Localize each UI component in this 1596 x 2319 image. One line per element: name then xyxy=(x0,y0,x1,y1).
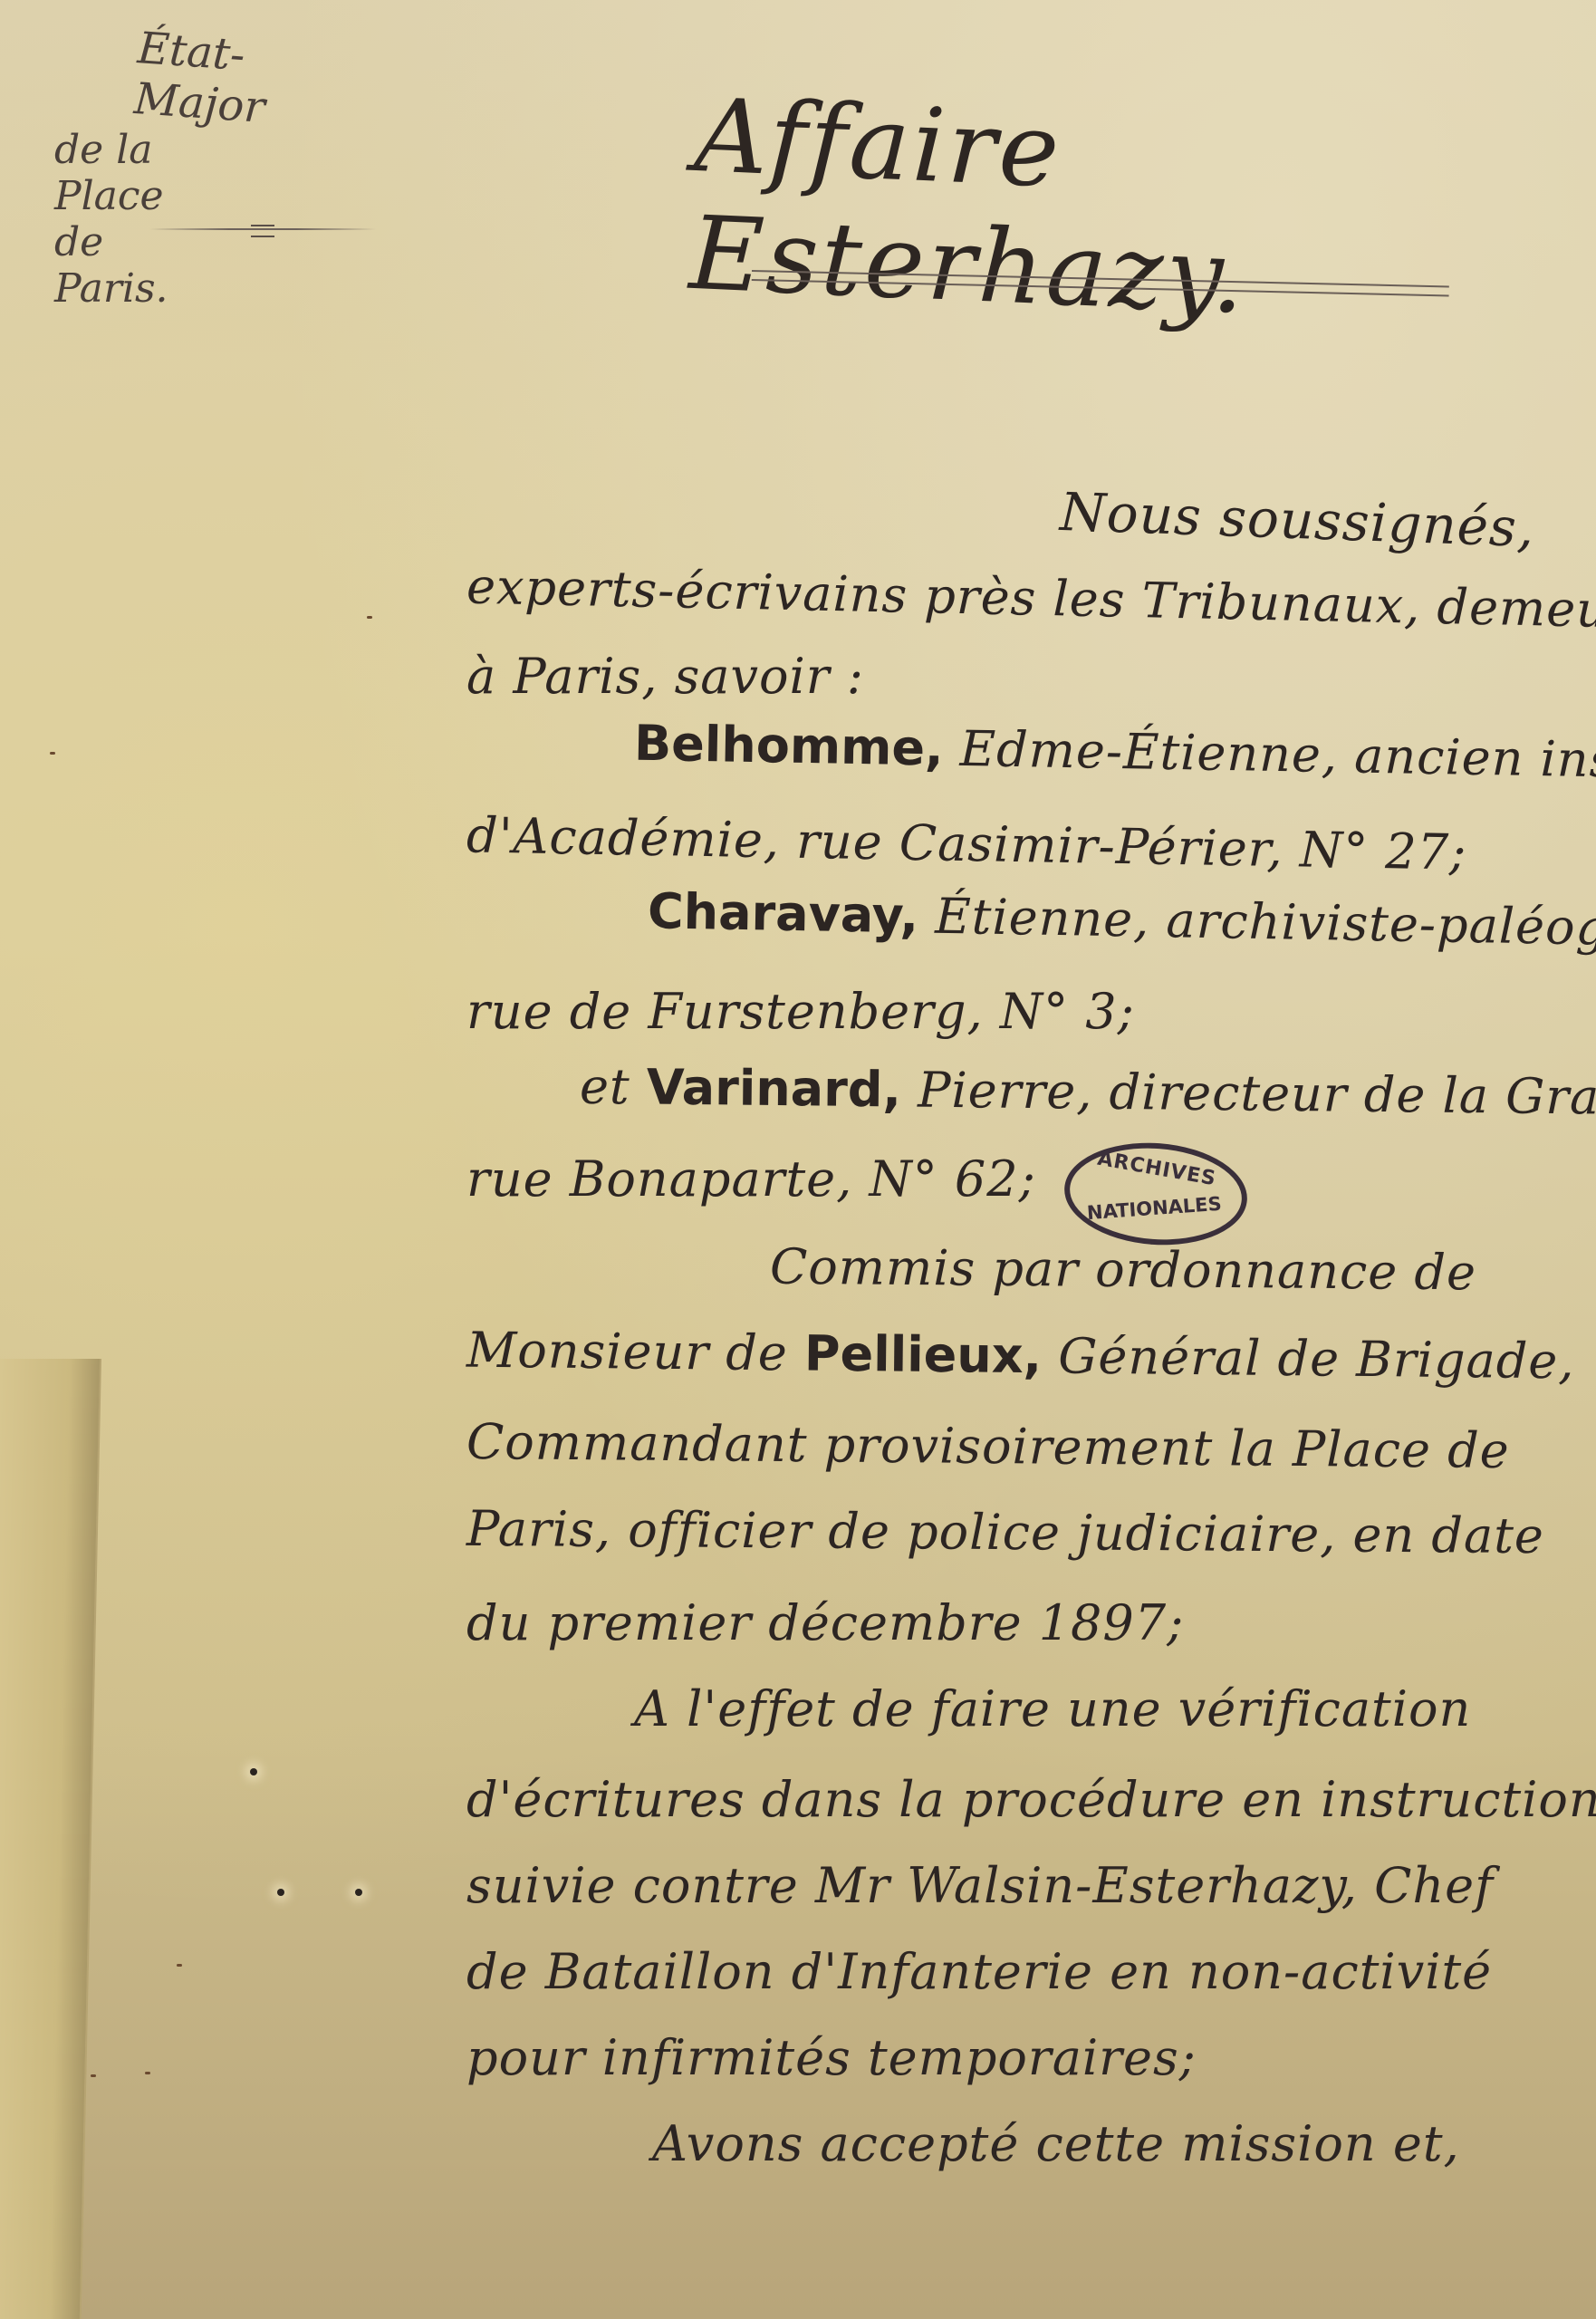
body-line: Monsieur de xyxy=(466,1322,788,1382)
body-line: Commis par ordonnance de xyxy=(770,1238,1476,1302)
body-line: Edme-Étienne, ancien inspecteur xyxy=(959,720,1596,792)
body-line: experts-écrivains près les Tribunaux, de… xyxy=(466,558,1596,641)
body-line: Commandant provisoirement la Place de xyxy=(466,1413,1510,1479)
body-line: Paris, officier de police judiciaire, en… xyxy=(466,1500,1544,1564)
body-line: d'écritures dans la procédure en instruc… xyxy=(466,1771,1596,1828)
paper-speck xyxy=(50,752,55,755)
expert-line-2: Charavay, Étienne, archiviste-paléograph… xyxy=(648,882,1596,959)
general-name-pellieux: Pellieux, xyxy=(804,1325,1043,1385)
body-line: à Paris, savoir : xyxy=(466,648,864,705)
body-line: de Bataillon d'Infanterie en non-activit… xyxy=(466,1943,1492,2000)
body-line: Avons accepté cette mission et, xyxy=(652,2115,1460,2172)
body-line: A l'effet de faire une vérification xyxy=(634,1680,1471,1737)
body-line: du premier décembre 1897; xyxy=(466,1594,1184,1651)
binding-hole xyxy=(250,1768,257,1775)
body-line: rue de Furstenberg, N° 3; xyxy=(466,983,1135,1040)
body-line: Étienne, archiviste-paléographe, xyxy=(935,888,1596,959)
binding-hole xyxy=(277,1889,284,1896)
stamp-top-text: ARCHIVES xyxy=(1096,1148,1218,1191)
body-line: d'Académie, rue Casimir-Périer, N° 27; xyxy=(466,806,1467,880)
document-page: État-Major de la Place de Paris. Affaire… xyxy=(0,0,1596,2319)
body-line: pour infirmités temporaires; xyxy=(466,2029,1197,2086)
expert-line-1: Belhomme, Edme-Étienne, ancien inspecteu… xyxy=(634,715,1596,793)
expert-line-3: et Varinard, Pierre, directeur de la Gra… xyxy=(580,1058,1596,1129)
expert-name-charavay: Charavay, xyxy=(648,882,919,944)
paper-speck xyxy=(91,2074,96,2077)
paper-speck xyxy=(177,1964,182,1967)
expert-name-belhomme: Belhomme, xyxy=(634,715,945,777)
document-body: Nous soussignés, experts-écrivains près … xyxy=(0,0,1596,2319)
body-line: Nous soussignés, xyxy=(1059,481,1535,559)
conjunction-et: et xyxy=(580,1058,630,1116)
general-line: Monsieur de Pellieux, Général de Brigade… xyxy=(466,1322,1575,1390)
expert-name-varinard: Varinard, xyxy=(647,1059,902,1119)
paper-speck xyxy=(367,616,372,619)
body-line: rue Bonaparte, N° 62; xyxy=(466,1150,1036,1208)
body-line: Général de Brigade, xyxy=(1058,1327,1575,1390)
body-line: Pierre, directeur de la Graphologie, xyxy=(918,1062,1596,1129)
body-line: suivie contre Mr Walsin-Esterhazy, Chef xyxy=(466,1857,1494,1914)
stamp-bottom-text: NATIONALES xyxy=(1086,1193,1222,1224)
binding-hole xyxy=(355,1889,362,1896)
paper-speck xyxy=(145,2072,150,2074)
